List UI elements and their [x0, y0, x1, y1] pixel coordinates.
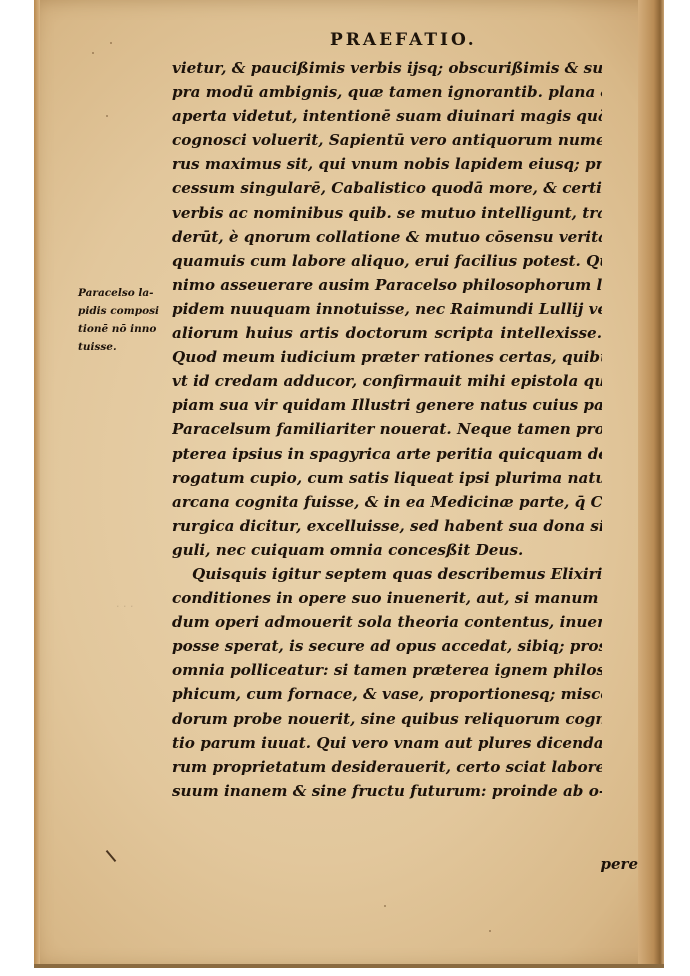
marginal-note: Paracelso la- pidis composi tionē nō inn…	[78, 284, 174, 356]
text-line: rurgica dicitur, excelluisse, sed habent…	[172, 514, 602, 538]
page-left-edge	[34, 0, 40, 968]
text-line: arcana cognita fuisse, & in ea Medicinæ …	[172, 490, 602, 514]
text-line: piam sua vir quidam Illustri genere natu…	[172, 393, 602, 417]
text-line: conditiones in opere suo inuenerit, aut,…	[172, 586, 602, 610]
text-line: dorum probe nouerit, sine quibus reliquo…	[172, 707, 602, 731]
text-line: pra modū ambignis, quæ tamen ignorantib.…	[172, 80, 602, 104]
marginal-note-line: tuisse.	[78, 338, 174, 356]
text-line: rogatum cupio, cum satis liqueat ipsi pl…	[172, 466, 602, 490]
text-line: pterea ipsius in spagyrica arte peritia …	[172, 442, 602, 466]
text-line: tio parum iuuat. Qui vero vnam aut plure…	[172, 731, 602, 755]
text-line: posse sperat, is secure ad opus accedat,…	[172, 634, 602, 658]
text-line: rum proprietatum desiderauerit, certo sc…	[172, 755, 602, 779]
text-line: phicum, cum fornace, & vase, proportione…	[172, 682, 602, 706]
running-head: PRAEFATIO.	[330, 30, 477, 50]
text-line: rus maximus sit, qui vnum nobis lapidem …	[172, 152, 602, 176]
text-line: vt id credam adducor, confirmauit mihi e…	[172, 369, 602, 393]
text-line: aliorum huius artis doctorum scripta int…	[172, 321, 602, 345]
text-line: nimo asseuerare ausim Paracelso philosop…	[172, 273, 602, 297]
text-line: dum operi admouerit sola theoria content…	[172, 610, 602, 634]
page-bottom-edge	[34, 964, 664, 968]
text-line: aperta videtut, intentionē suam diuinari…	[172, 104, 602, 128]
text-line: guli, nec cuiquam omnia concesßit Deus.	[172, 538, 602, 562]
text-line: vietur, & paucißimis verbis ijsq; obscur…	[172, 56, 602, 80]
text-line: suum inanem & sine fructu futurum: proin…	[172, 779, 602, 803]
ink-mark	[106, 850, 117, 862]
paper-speck	[92, 52, 94, 54]
paper-speck	[489, 930, 491, 932]
text-line: Quisquis igitur septem quas describemus …	[172, 562, 602, 586]
body-text: vietur, & paucißimis verbis ijsq; obscur…	[172, 56, 602, 803]
text-line: omnia polliceatur: si tamen præterea ign…	[172, 658, 602, 682]
paper-speck	[106, 115, 108, 117]
text-line: pidem nuuquam innotuisse, nec Raimundi L…	[172, 297, 602, 321]
text-line: quamuis cum labore aliquo, erui facilius…	[172, 249, 602, 273]
marginal-note-line: Paracelso la-	[78, 284, 174, 302]
marginal-note-line: tionē nō inno	[78, 320, 174, 338]
catchword: pere	[601, 855, 638, 873]
page-right-edge	[638, 0, 664, 968]
show-through-text: · · ·	[116, 600, 133, 613]
text-line: verbis ac nominibus quib. se mutuo intel…	[172, 201, 602, 225]
text-line: Paracelsum familiariter nouerat. Neque t…	[172, 417, 602, 441]
paper-speck	[110, 42, 112, 44]
text-line: cognosci voluerit, Sapientū vero antiquo…	[172, 128, 602, 152]
paper-speck	[384, 905, 386, 907]
text-line: cessum singularē, Cabalistico quodā more…	[172, 176, 602, 200]
marginal-note-line: pidis composi	[78, 302, 174, 320]
text-line: Quod meum iudicium præter rationes certa…	[172, 345, 602, 369]
text-line: derūt, è qnorum collatione & mutuo cōsen…	[172, 225, 602, 249]
